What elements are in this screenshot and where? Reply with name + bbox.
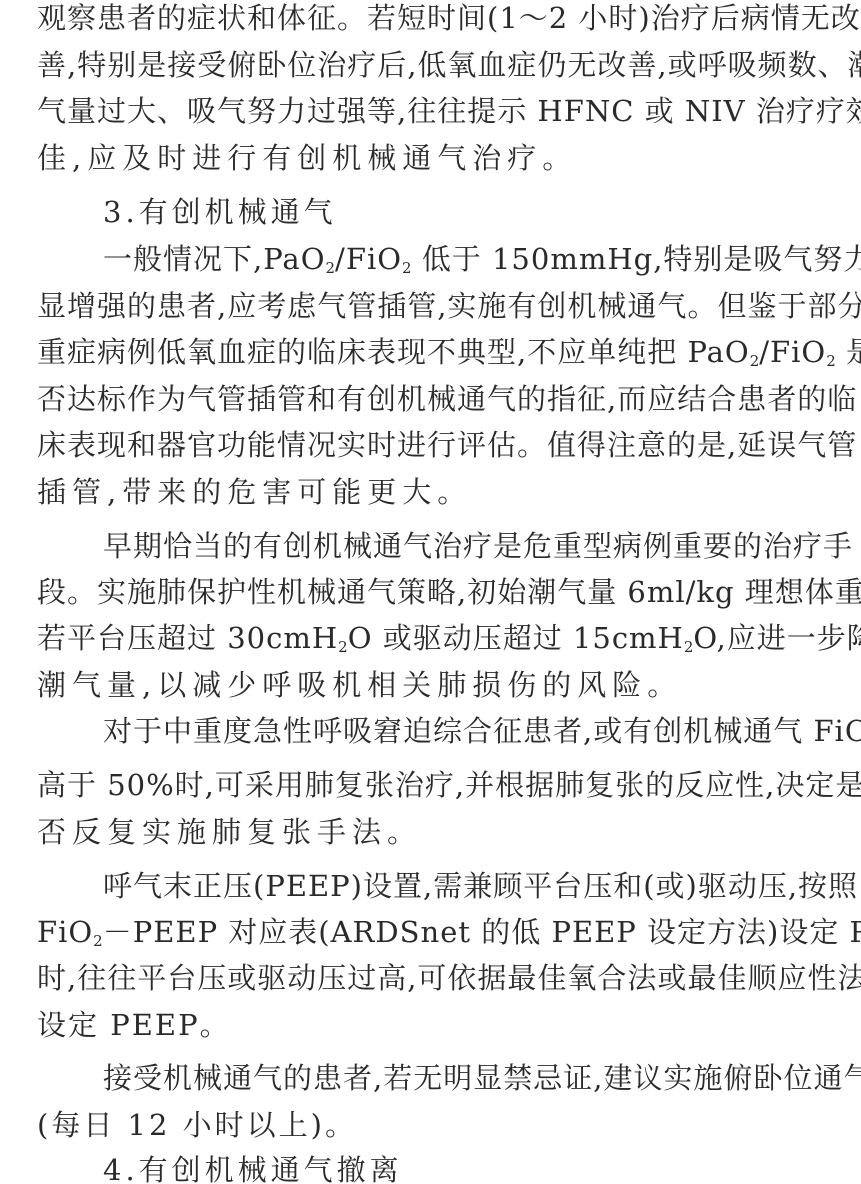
- text-line: 高于 50%时,可采用肺复张治疗,并根据肺复张的反应性,决定是: [37, 765, 833, 805]
- text-run: O,应进一步降低: [693, 621, 861, 655]
- text-run: 若平台压超过 30cmH: [37, 621, 338, 655]
- text-line: 床表现和器官功能情况实时进行评估。值得注意的是,延误气管: [37, 425, 833, 465]
- text-run: O 或驱动压超过 15cmH: [348, 621, 684, 655]
- text-line: 接受机械通气的患者,若无明显禁忌证,建议实施俯卧位通气: [103, 1058, 833, 1098]
- text-line: 重症病例低氧血症的临床表现不典型,不应单纯把 PaO2/FiO2 是: [37, 332, 833, 372]
- text-line: FiO2－PEEP 对应表(ARDSnet 的低 PEEP 设定方法)设定 PE…: [37, 912, 833, 952]
- section-heading-3: 3.有创机械通气: [103, 192, 833, 232]
- text-line: 佳,应及时进行有创机械通气治疗。: [37, 138, 833, 178]
- text-line: 一般情况下,PaO2/FiO2 低于 150mmHg,特别是吸气努力明: [103, 239, 833, 279]
- text-line: 对于中重度急性呼吸窘迫综合征患者,或有创机械通气 FiO2: [103, 711, 833, 751]
- text-line: (每日 12 小时以上)。: [37, 1105, 833, 1145]
- text-line: 插管,带来的危害可能更大。: [37, 472, 833, 512]
- text-line: 潮气量,以减少呼吸机相关肺损伤的风险。: [37, 665, 833, 705]
- text-line: 若平台压超过 30cmH2O 或驱动压超过 15cmH2O,应进一步降低: [37, 618, 833, 658]
- text-run: 一般情况下,PaO: [103, 242, 326, 276]
- subscript: 2: [326, 259, 336, 277]
- text-line: 气量过大、吸气努力过强等,往往提示 HFNC 或 NIV 治疗疗效不: [37, 91, 833, 131]
- text-run: 低于 150mmHg,特别是吸气努力明: [412, 242, 861, 276]
- text-line: 善,特别是接受俯卧位治疗后,低氧血症仍无改善,或呼吸频数、潮: [37, 45, 833, 85]
- text-line: 否达标作为气管插管和有创机械通气的指征,而应结合患者的临: [37, 379, 833, 419]
- text-run: 是: [836, 335, 861, 369]
- text-line: 显增强的患者,应考虑气管插管,实施有创机械通气。但鉴于部分: [37, 286, 833, 326]
- text-run: /FiO: [759, 335, 826, 369]
- subscript: 2: [826, 352, 836, 370]
- text-line: 时,往往平台压或驱动压过高,可依据最佳氧合法或最佳顺应性法: [37, 958, 833, 998]
- subscript: 2: [402, 259, 412, 277]
- subscript: 2: [338, 638, 348, 656]
- text-run: 对于中重度急性呼吸窘迫综合征患者,或有创机械通气 FiO: [103, 714, 861, 748]
- text-line: 段。实施肺保护性机械通气策略,初始潮气量 6ml/kg 理想体重。: [37, 572, 833, 612]
- text-run: FiO: [37, 915, 93, 949]
- text-line: 设定 PEEP。: [37, 1005, 833, 1045]
- subscript: 2: [750, 352, 760, 370]
- text-line: 呼气末正压(PEEP)设置,需兼顾平台压和(或)驱动压,按照: [103, 866, 833, 906]
- text-line: 观察患者的症状和体征。若短时间(1～2 小时)治疗后病情无改: [37, 0, 833, 38]
- text-line: 否反复实施肺复张手法。: [37, 812, 833, 852]
- text-line: 早期恰当的有创机械通气治疗是危重型病例重要的治疗手: [103, 526, 833, 566]
- text-run: －PEEP 对应表(ARDSnet 的低 PEEP 设定方法)设定 PEEP: [103, 915, 861, 949]
- text-run: /FiO: [335, 242, 402, 276]
- section-heading-4: 4.有创机械通气撤离: [103, 1150, 833, 1184]
- subscript: 2: [93, 932, 103, 950]
- subscript: 2: [684, 638, 694, 656]
- text-run: 重症病例低氧血症的临床表现不典型,不应单纯把 PaO: [37, 335, 750, 369]
